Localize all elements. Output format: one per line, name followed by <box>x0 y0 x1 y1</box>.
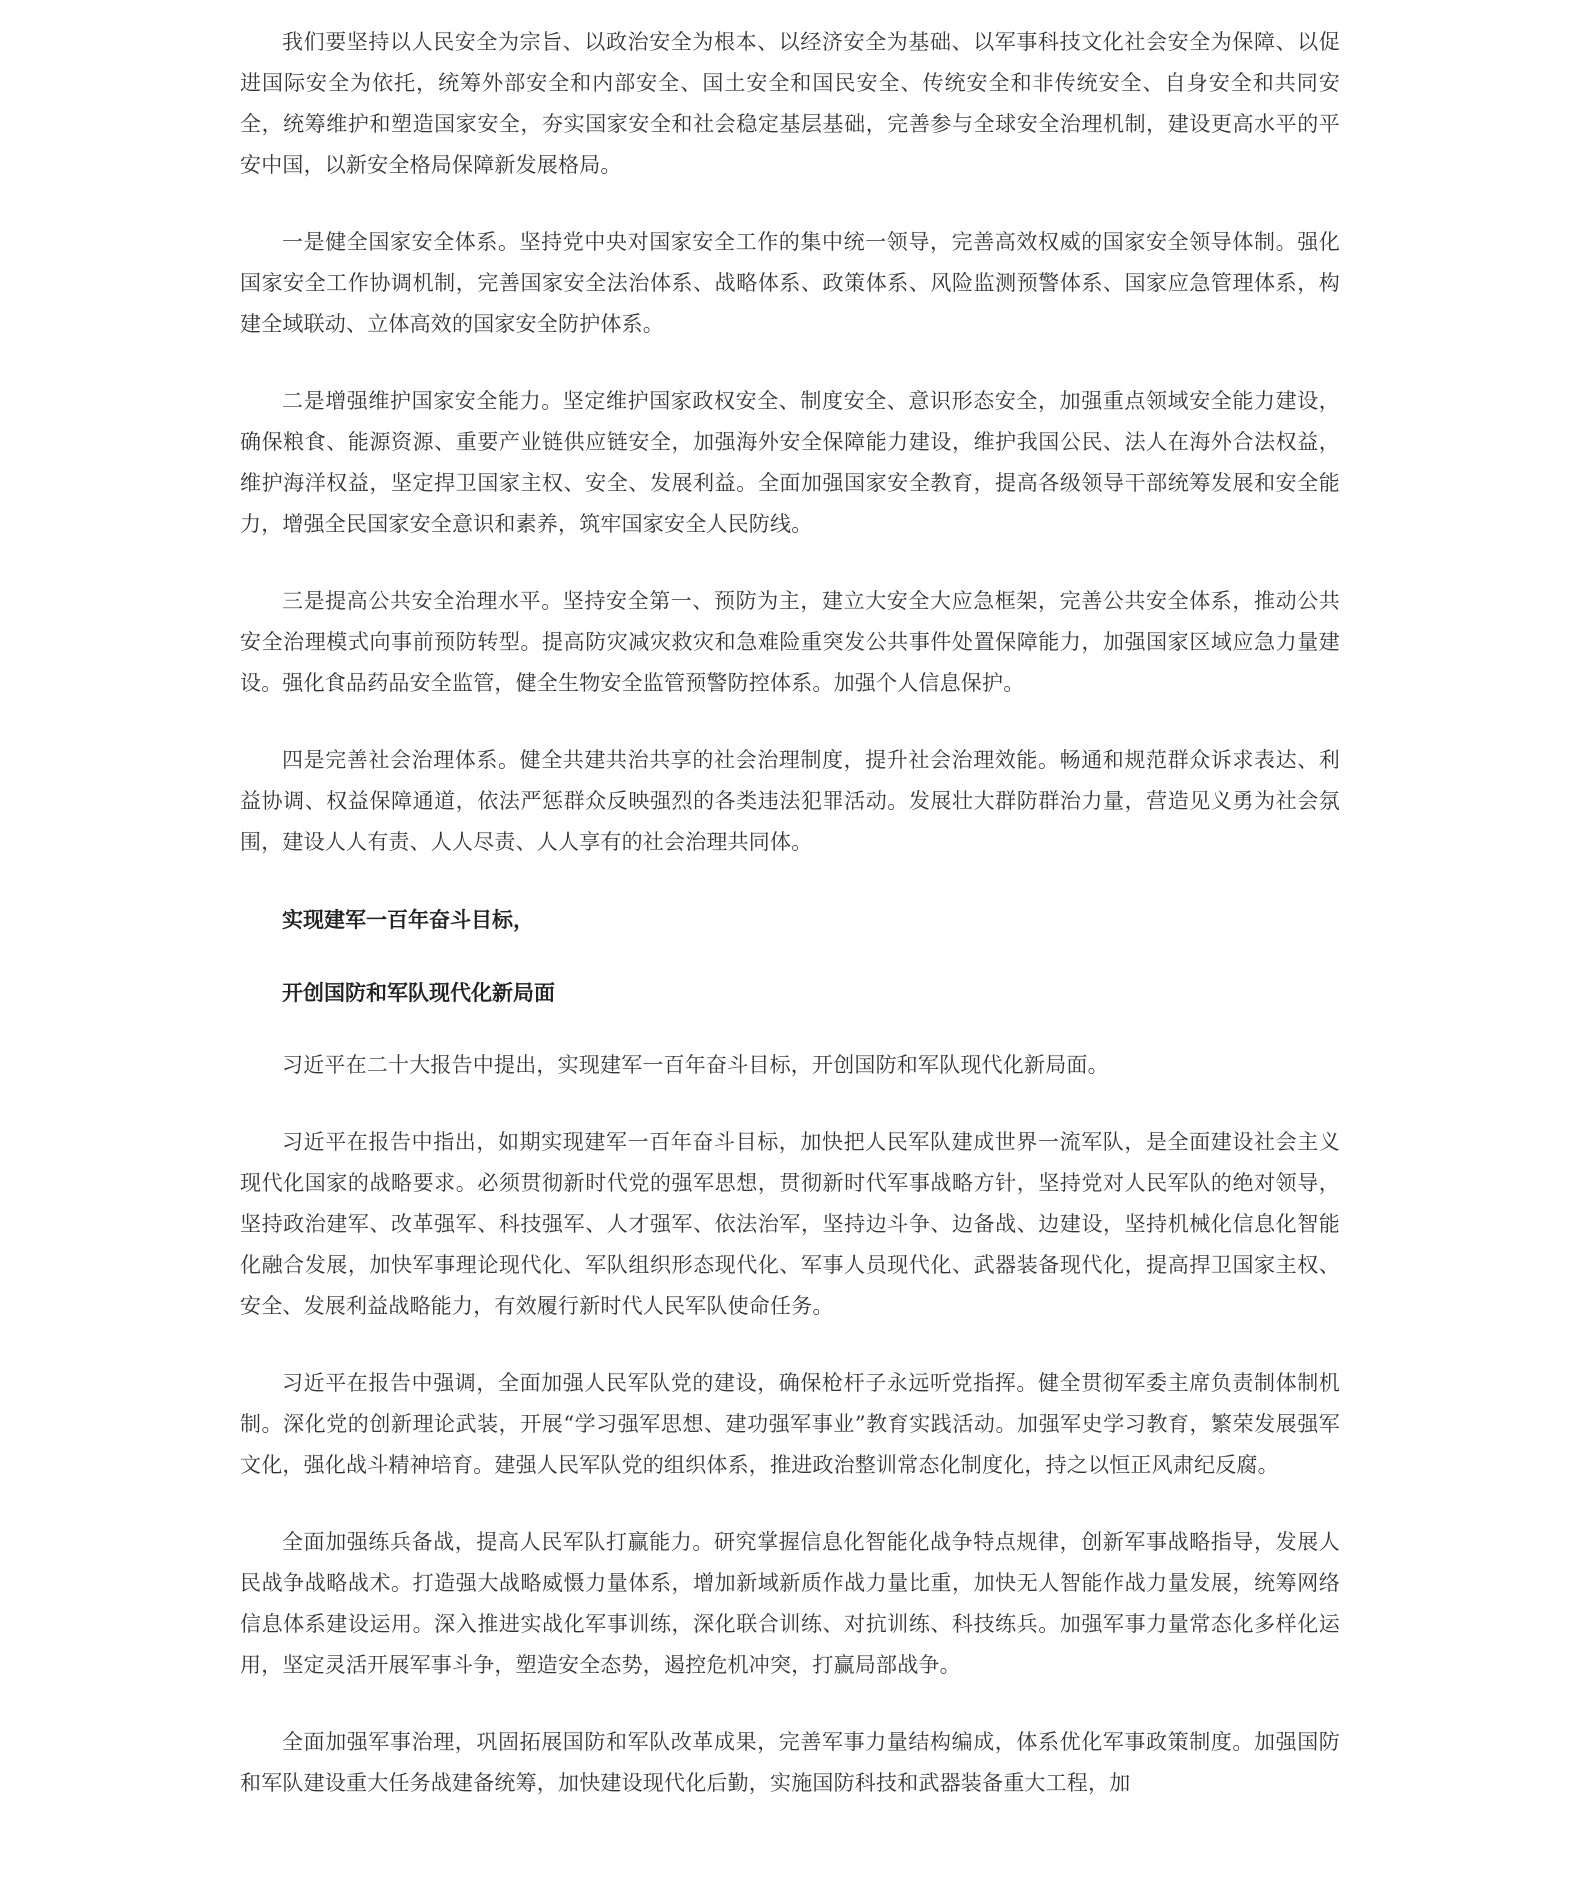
paragraph-training-combat: 全面加强练兵备战，提高人民军队打赢能力。研究掌握信息化智能化战争特点规律，创新军… <box>240 1522 1340 1686</box>
article-body: 我们要坚持以人民安全为宗旨、以政治安全为根本、以经济安全为基础、以军事科技文化社… <box>240 22 1340 1840</box>
section-heading-line1: 实现建军一百年奋斗目标， <box>240 899 1340 940</box>
paragraph-public-security: 三是提高公共安全治理水平。坚持安全第一、预防为主，建立大安全大应急框架，完善公共… <box>240 581 1340 704</box>
paragraph-security-system: 一是健全国家安全体系。坚持党中央对国家安全工作的集中统一领导，完善高效权威的国家… <box>240 222 1340 345</box>
paragraph-military-strategy: 习近平在报告中指出，如期实现建军一百年奋斗目标，加快把人民军队建成世界一流军队，… <box>240 1122 1340 1327</box>
paragraph-social-governance: 四是完善社会治理体系。健全共建共治共享的社会治理制度，提升社会治理效能。畅通和规… <box>240 740 1340 863</box>
paragraph-national-security-intro: 我们要坚持以人民安全为宗旨、以政治安全为根本、以经济安全为基础、以军事科技文化社… <box>240 22 1340 186</box>
section-heading-line2: 开创国防和军队现代化新局面 <box>240 972 1340 1013</box>
paragraph-military-goal-intro: 习近平在二十大报告中提出，实现建军一百年奋斗目标，开创国防和军队现代化新局面。 <box>240 1045 1340 1086</box>
paragraph-military-governance: 全面加强军事治理，巩固拓展国防和军队改革成果，完善军事力量结构编成，体系优化军事… <box>240 1722 1340 1804</box>
paragraph-party-building-military: 习近平在报告中强调，全面加强人民军队党的建设，确保枪杆子永远听党指挥。健全贯彻军… <box>240 1363 1340 1486</box>
paragraph-security-capability: 二是增强维护国家安全能力。坚定维护国家政权安全、制度安全、意识形态安全，加强重点… <box>240 381 1340 545</box>
